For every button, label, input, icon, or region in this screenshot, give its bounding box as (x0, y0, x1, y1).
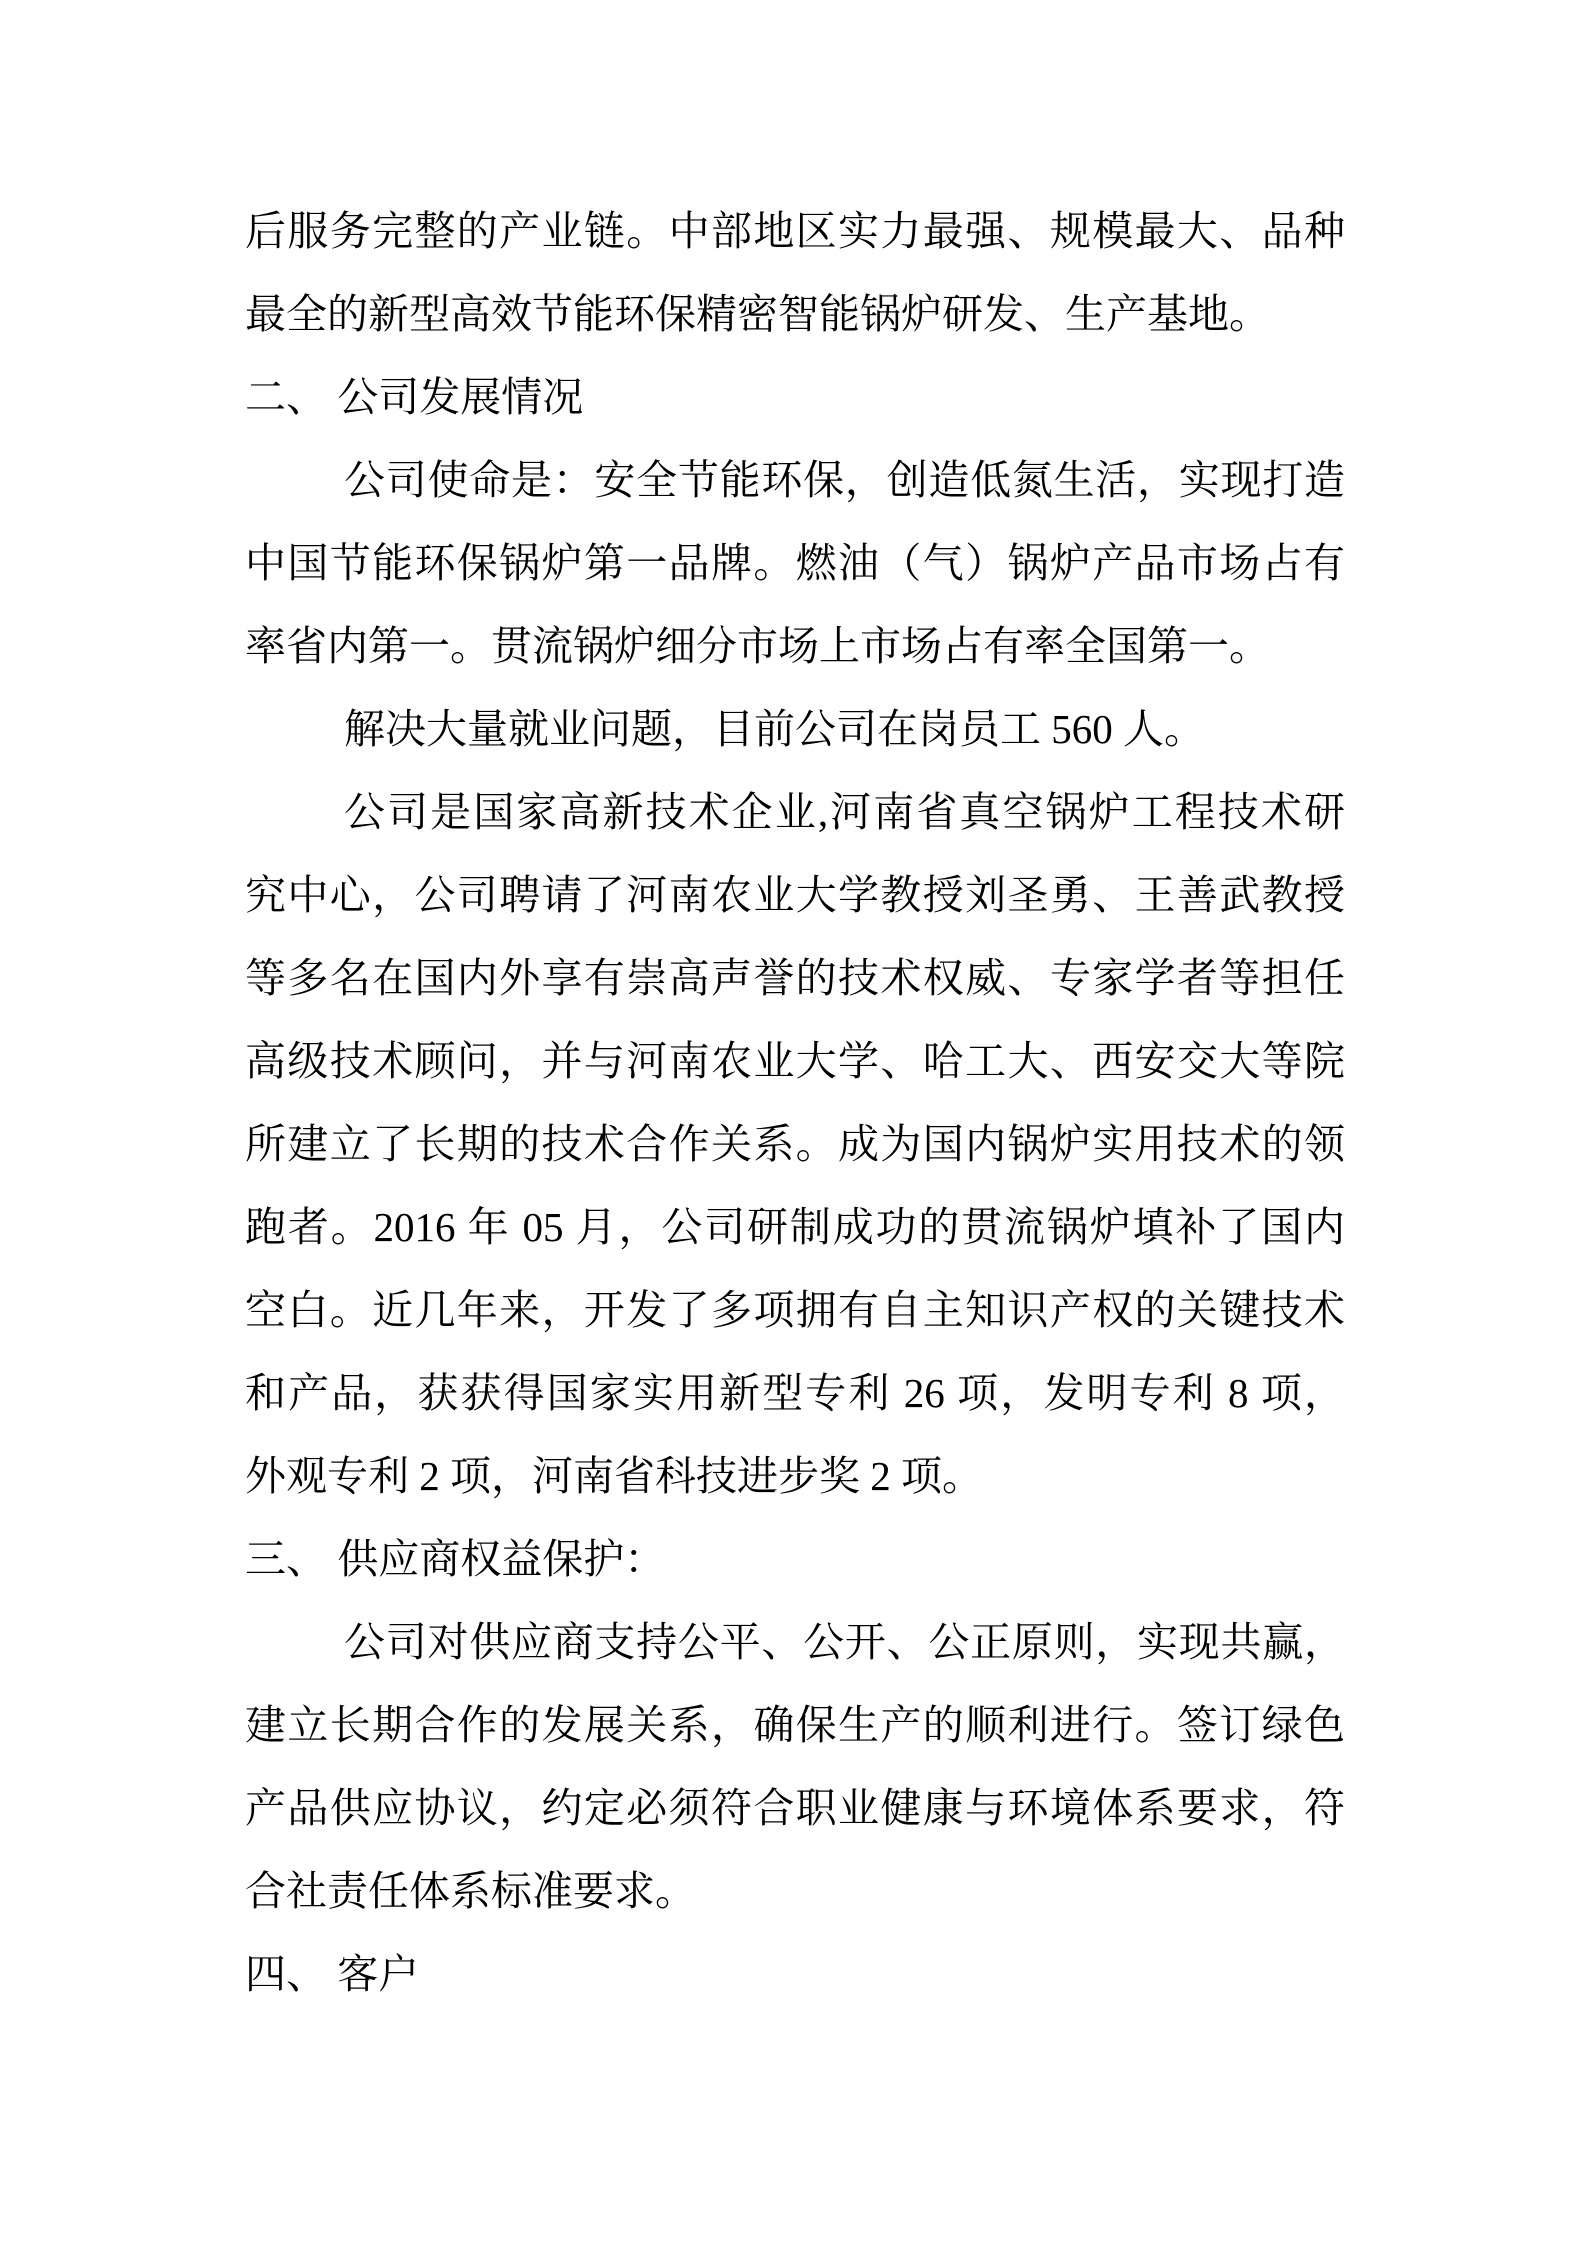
document-line: 跑者。2016 年 05 月，公司研制成功的贯流锅炉填补了国内 (245, 1186, 1345, 1269)
section-heading: 四、 客户 (245, 1933, 1345, 2016)
section-heading: 二、 公司发展情况 (245, 356, 1345, 439)
document-text-block: 后服务完整的产业链。中部地区实力最强、规模最大、品种 最全的新型高效节能环保精密… (245, 190, 1345, 2016)
document-line: 空白。近几年来，开发了多项拥有自主知识产权的关键技术 (245, 1269, 1345, 1352)
document-line: 所建立了长期的技术合作关系。成为国内锅炉实用技术的领 (245, 1103, 1345, 1186)
document-line: 中国节能环保锅炉第一品牌。燃油（气）锅炉产品市场占有 (245, 522, 1345, 605)
document-line: 公司使命是：安全节能环保，创造低氮生活，实现打造 (245, 439, 1345, 522)
document-line: 产品供应协议，约定必须符合职业健康与环境体系要求，符 (245, 1767, 1345, 1850)
document-line: 等多名在国内外享有崇高声誉的技术权威、专家学者等担任 (245, 937, 1345, 1020)
document-line: 公司对供应商支持公平、公开、公正原则，实现共赢， (245, 1601, 1345, 1684)
document-page: 后服务完整的产业链。中部地区实力最强、规模最大、品种 最全的新型高效节能环保精密… (0, 0, 1587, 2245)
document-line: 率省内第一。贯流锅炉细分市场上市场占有率全国第一。 (245, 605, 1345, 688)
document-line: 究中心，公司聘请了河南农业大学教授刘圣勇、王善武教授 (245, 854, 1345, 937)
document-line: 解决大量就业问题，目前公司在岗员工 560 人。 (245, 688, 1345, 771)
document-line: 高级技术顾问，并与河南农业大学、哈工大、西安交大等院 (245, 1020, 1345, 1103)
document-line: 公司是国家高新技术企业,河南省真空锅炉工程技术研 (245, 771, 1345, 854)
section-heading: 三、 供应商权益保护： (245, 1518, 1345, 1601)
document-line: 后服务完整的产业链。中部地区实力最强、规模最大、品种 (245, 190, 1345, 273)
document-line: 和产品，获获得国家实用新型专利 26 项，发明专利 8 项， (245, 1352, 1345, 1435)
document-line: 建立长期合作的发展关系，确保生产的顺利进行。签订绿色 (245, 1684, 1345, 1767)
document-line: 合社责任体系标准要求。 (245, 1850, 1345, 1933)
document-line: 最全的新型高效节能环保精密智能锅炉研发、生产基地。 (245, 273, 1345, 356)
document-line: 外观专利 2 项，河南省科技进步奖 2 项。 (245, 1435, 1345, 1518)
